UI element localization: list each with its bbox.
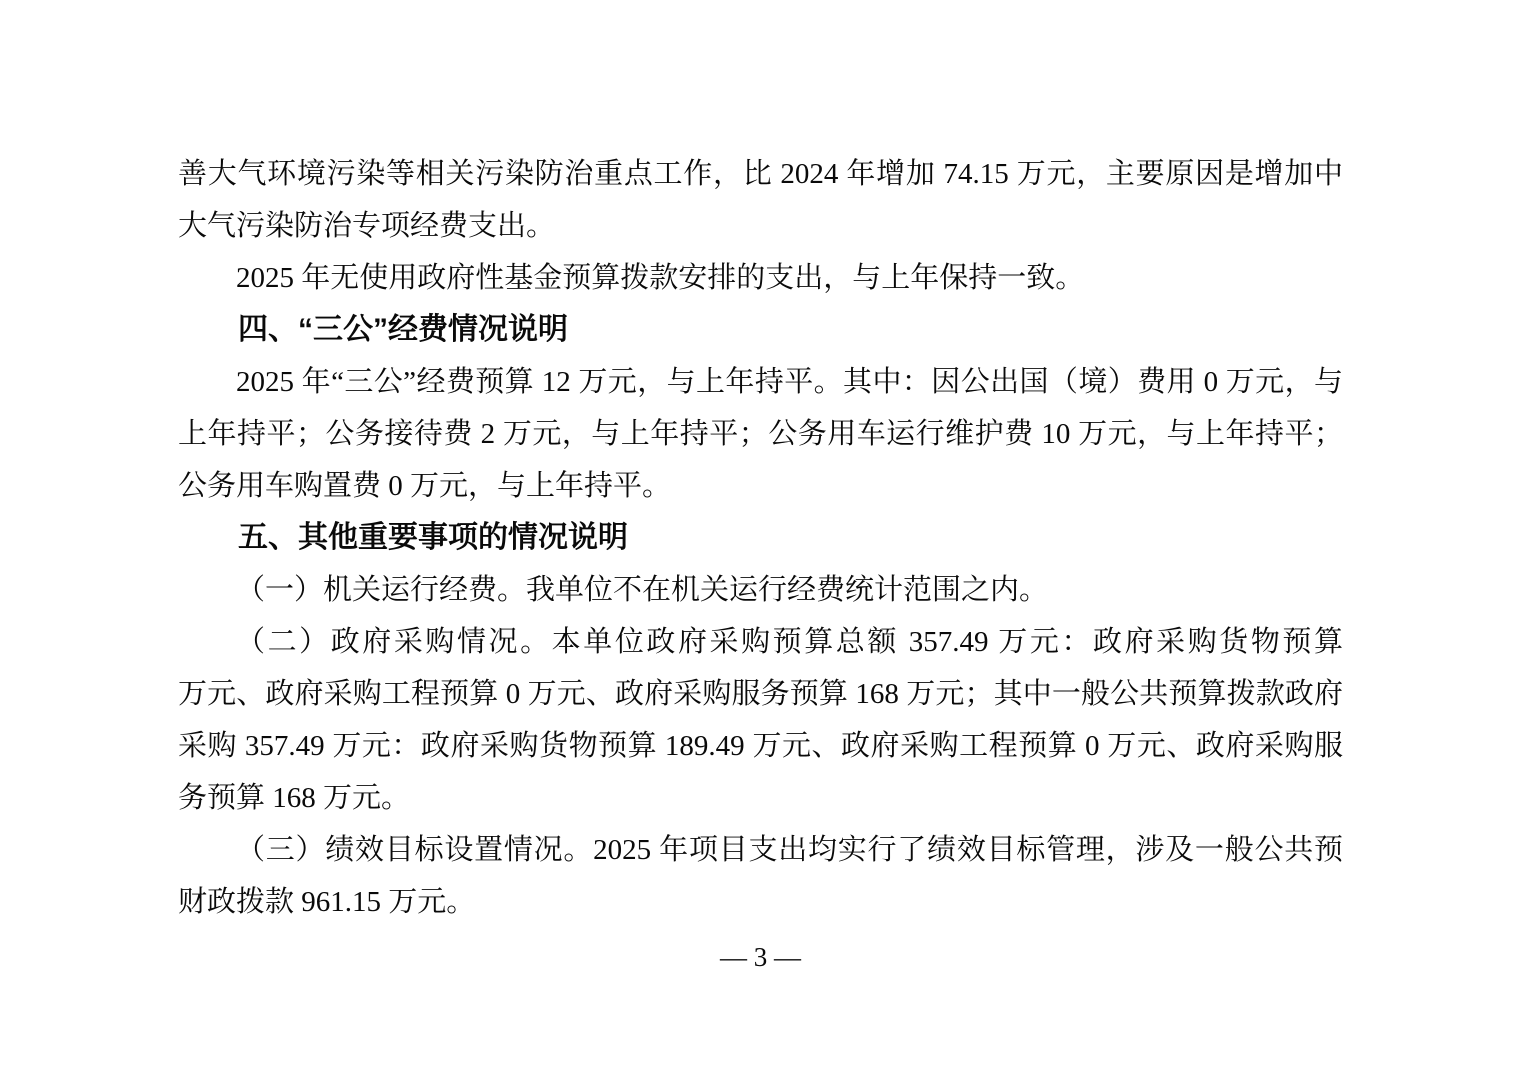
document-line: 2025 年“三公”经费预算 12 万元，与上年持平。其中：因公出国（境）费用 … xyxy=(178,356,1343,408)
document-page: 善大气环境污染等相关污染防治重点工作，比 2024 年增加 74.15 万元，主… xyxy=(0,0,1520,1074)
page-number: — 3 — xyxy=(178,936,1343,978)
document-line: （二）政府采购情况。本单位政府采购预算总额 357.49 万元：政府采购货物预算… xyxy=(178,616,1343,668)
section-five-heading: 五、其他重要事项的情况说明 xyxy=(178,512,1343,564)
document-line: （一）机关运行经费。我单位不在机关运行经费统计范围之内。 xyxy=(178,564,1343,616)
document-line: 大气污染防治专项经费支出。 xyxy=(178,200,1343,252)
document-line: 财政拨款 961.15 万元。 xyxy=(178,876,1343,928)
document-line: 万元、政府采购工程预算 0 万元、政府采购服务预算 168 万元；其中一般公共预… xyxy=(178,668,1343,720)
section-four-heading: 四、“三公”经费情况说明 xyxy=(178,304,1343,356)
document-line: 2025 年无使用政府性基金预算拨款安排的支出，与上年保持一致。 xyxy=(178,252,1343,304)
document-line: 公务用车购置费 0 万元，与上年持平。 xyxy=(178,460,1343,512)
document-line: 善大气环境污染等相关污染防治重点工作，比 2024 年增加 74.15 万元，主… xyxy=(178,148,1343,200)
document-line: 采购 357.49 万元：政府采购货物预算 189.49 万元、政府采购工程预算… xyxy=(178,720,1343,772)
document-line: 上年持平；公务接待费 2 万元，与上年持平；公务用车运行维护费 10 万元，与上… xyxy=(178,408,1343,460)
document-line: 务预算 168 万元。 xyxy=(178,772,1343,824)
document-line: （三）绩效目标设置情况。2025 年项目支出均实行了绩效目标管理，涉及一般公共预… xyxy=(178,824,1343,876)
